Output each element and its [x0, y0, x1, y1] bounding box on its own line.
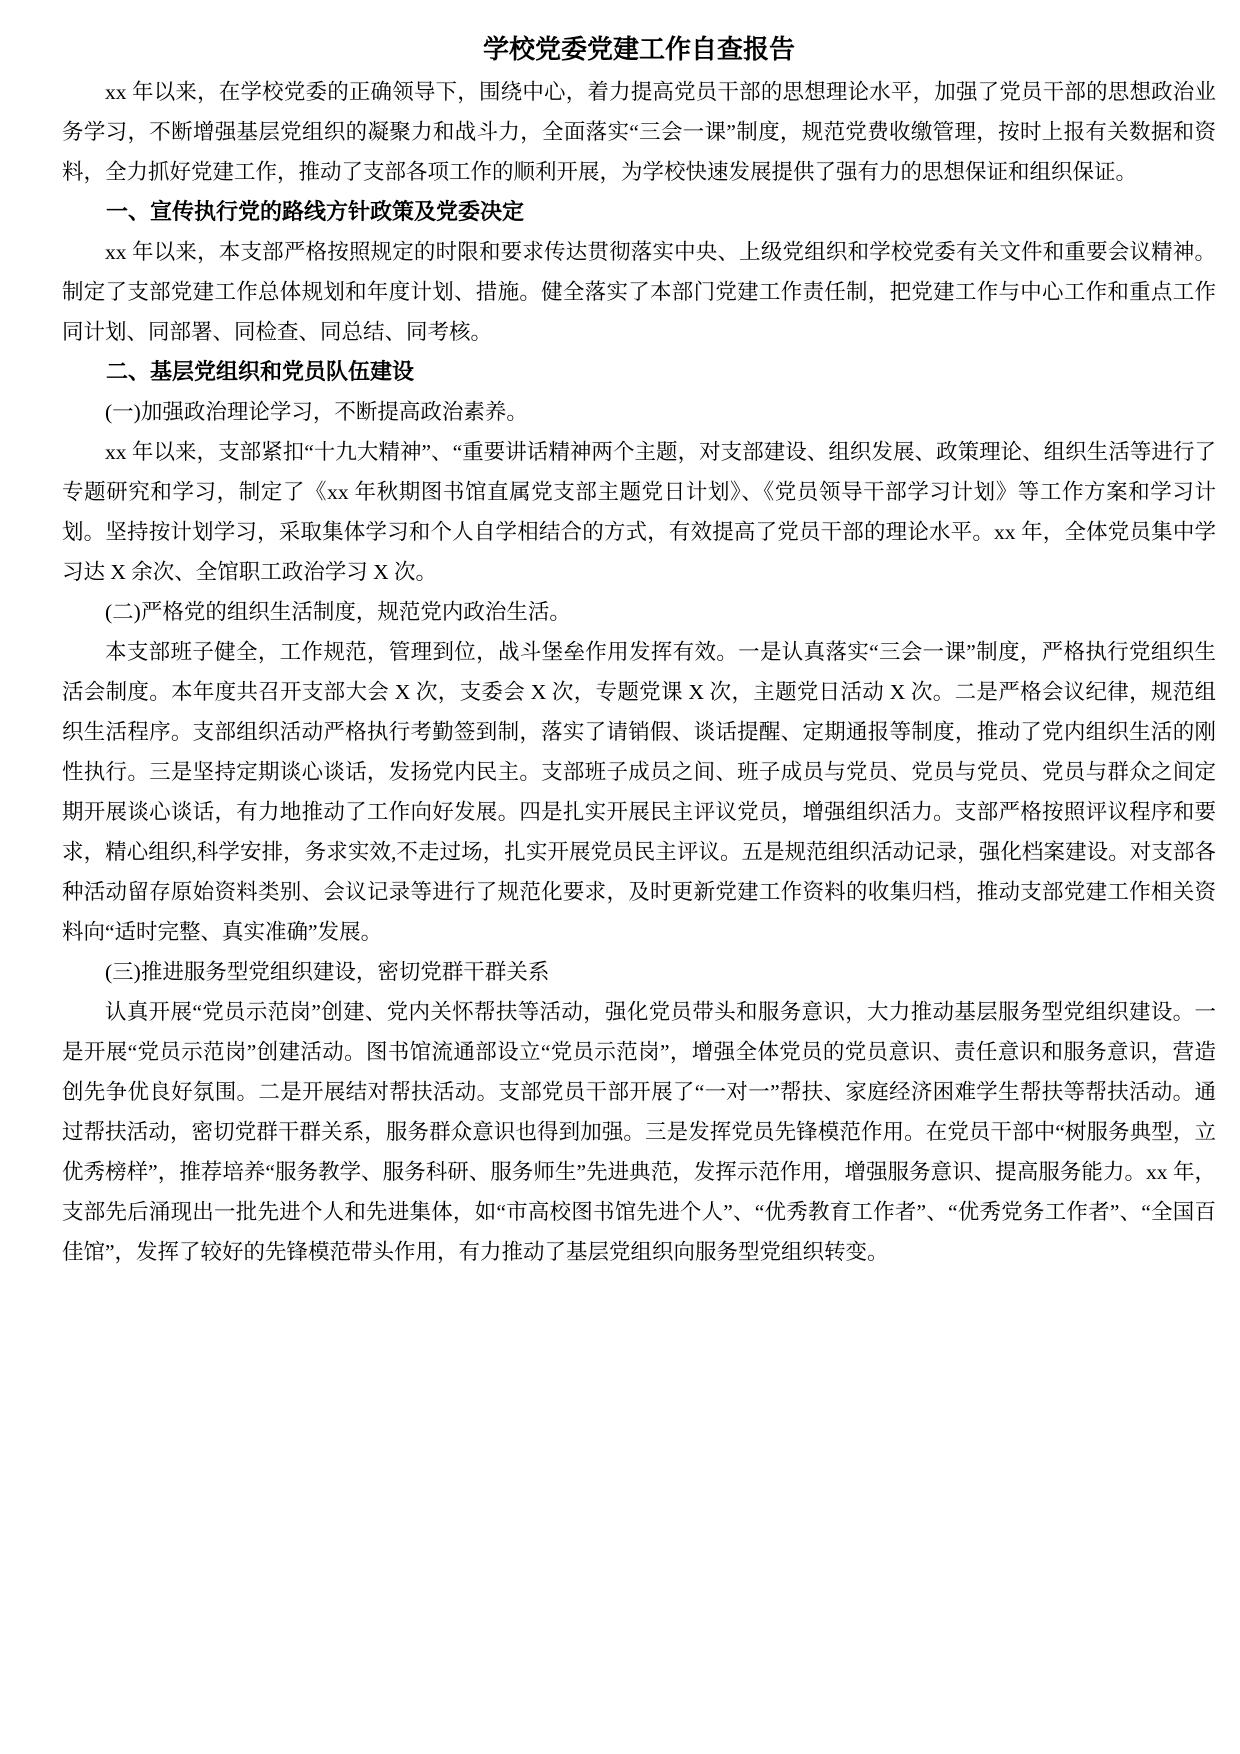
document-page: 学校党委党建工作自查报告 xx 年以来，在学校党委的正确领导下，围绕中心，着力提… [0, 0, 1240, 1754]
section-1-heading: 一、宣传执行党的路线方针政策及党委决定 [62, 192, 1216, 232]
document-title: 学校党委党建工作自查报告 [62, 30, 1216, 70]
subsection-2-paragraph: 本支部班子健全，工作规范，管理到位，战斗堡垒作用发挥有效。一是认真落实“三会一课… [62, 632, 1216, 952]
subsection-3-heading: (三)推进服务型党组织建设，密切党群干群关系 [62, 952, 1216, 992]
section-1-paragraph: xx 年以来，本支部严格按照规定的时限和要求传达贯彻落实中央、上级党组织和学校党… [62, 232, 1216, 352]
subsection-3-paragraph: 认真开展“党员示范岗”创建、党内关怀帮扶等活动，强化党员带头和服务意识，大力推动… [62, 992, 1216, 1272]
intro-paragraph: xx 年以来，在学校党委的正确领导下，围绕中心，着力提高党员干部的思想理论水平，… [62, 72, 1216, 192]
subsection-1-heading: (一)加强政治理论学习，不断提高政治素养。 [62, 392, 1216, 432]
section-2-heading: 二、基层党组织和党员队伍建设 [62, 352, 1216, 392]
subsection-2-heading: (二)严格党的组织生活制度，规范党内政治生活。 [62, 592, 1216, 632]
subsection-1-paragraph: xx 年以来，支部紧扣“十九大精神”、“重要讲话精神两个主题，对支部建设、组织发… [62, 432, 1216, 592]
